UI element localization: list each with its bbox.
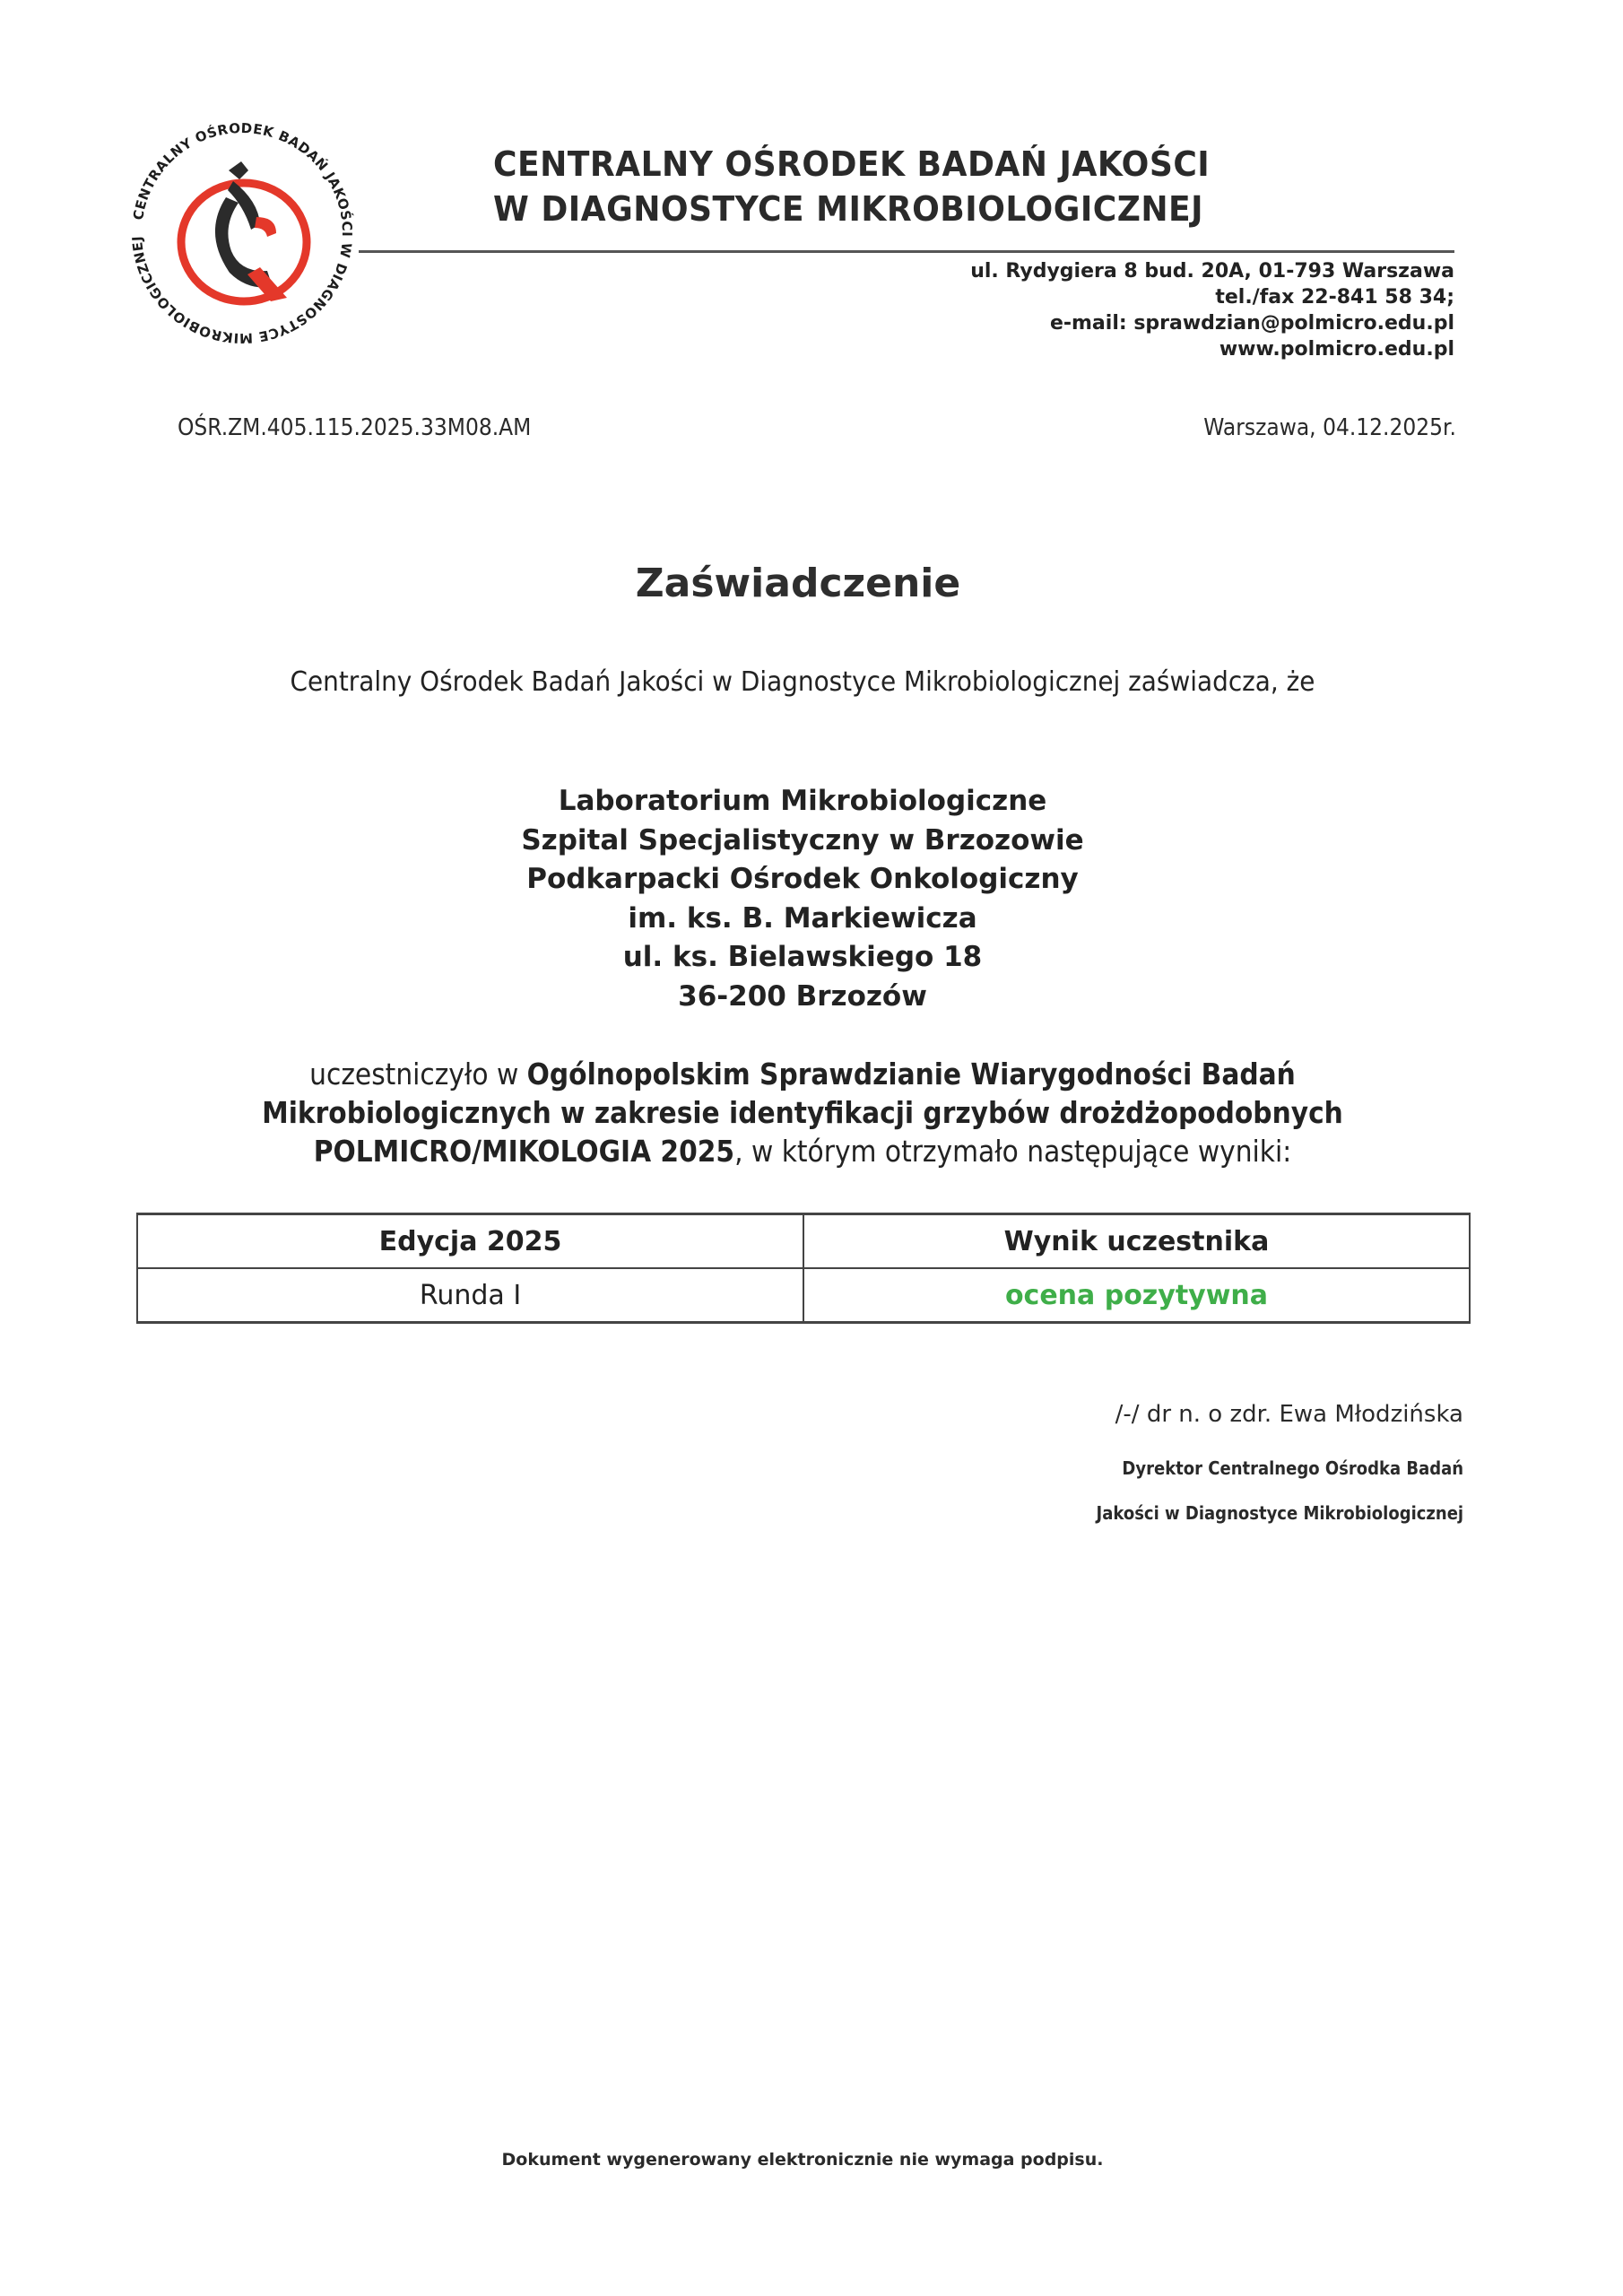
organization-name: CENTRALNY OŚRODEK BADAŃ JAKOŚCI W DIAGNO… xyxy=(493,142,1210,231)
recipient-line: 36-200 Brzozów xyxy=(0,978,1605,1017)
program-name-part3: POLMICRO/MIKOLOGIA 2025 xyxy=(314,1134,734,1169)
place-date: Warszawa, 04.12.2025r. xyxy=(1203,414,1456,441)
table-row: Runda I ocena pozytywna xyxy=(137,1268,1470,1323)
recipient-line: Laboratorium Mikrobiologiczne xyxy=(0,782,1605,822)
intro-text: Centralny Ośrodek Badań Jakości w Diagno… xyxy=(56,666,1549,698)
cell-result: ocena pozytywna xyxy=(803,1268,1470,1323)
footer-note: Dokument wygenerowany elektronicznie nie… xyxy=(0,2150,1605,2170)
svg-text:CENTRALNY OŚRODEK BADAŃ JAKOŚC: CENTRALNY OŚRODEK BADAŃ JAKOŚCI W DIAGNO… xyxy=(129,120,355,346)
contact-block: ul. Rydygiera 8 bud. 20A, 01-793 Warszaw… xyxy=(970,258,1454,362)
reference-number: OŚR.ZM.405.115.2025.33M08.AM xyxy=(178,414,531,441)
recipient-line: Podkarpacki Ośrodek Onkologiczny xyxy=(0,860,1605,900)
signatory-role-line2: Jakości w Diagnostyce Mikrobiologicznej xyxy=(1096,1491,1463,1535)
signatory-role-line1: Dyrektor Centralnego Ośrodka Badań xyxy=(1096,1446,1463,1491)
signatory-role: Dyrektor Centralnego Ośrodka Badań Jakoś… xyxy=(1096,1446,1463,1535)
header-edition: Edycja 2025 xyxy=(137,1214,803,1269)
organization-logo: CENTRALNY OŚRODEK BADAŃ JAKOŚCI W DIAGNO… xyxy=(126,117,359,350)
program-name-part1: Ogólnopolskim Sprawdzianie Wiarygodności… xyxy=(527,1057,1296,1091)
recipient-line: ul. ks. Bielawskiego 18 xyxy=(0,938,1605,978)
table-header-row: Edycja 2025 Wynik uczestnika xyxy=(137,1214,1470,1269)
document-title: Zaświadczenie xyxy=(0,561,1596,606)
cell-round: Runda I xyxy=(137,1268,803,1323)
participation-text: uczestniczyło w Ogólnopolskim Sprawdzian… xyxy=(81,1055,1525,1170)
contact-phone: tel./fax 22-841 58 34; xyxy=(970,284,1454,310)
recipient-line: Szpital Specjalistyczny w Brzozowie xyxy=(0,822,1605,861)
signatory-name: /-/ dr n. o zdr. Ewa Młodzińska xyxy=(1115,1401,1463,1428)
microscope-q-logo-icon: CENTRALNY OŚRODEK BADAŃ JAKOŚCI W DIAGNO… xyxy=(126,117,359,350)
contact-website: www.polmicro.edu.pl xyxy=(970,336,1454,362)
program-name-part2: Mikrobiologicznych w zakresie identyfika… xyxy=(262,1095,1343,1130)
participation-prefix: uczestniczyło w xyxy=(309,1057,526,1091)
header-divider xyxy=(359,250,1454,253)
organization-name-line2: W DIAGNOSTYCE MIKROBIOLOGICZNEJ xyxy=(493,187,1210,231)
header-result: Wynik uczestnika xyxy=(803,1214,1470,1269)
recipient-block: Laboratorium Mikrobiologiczne Szpital Sp… xyxy=(0,782,1605,1016)
recipient-line: im. ks. B. Markiewicza xyxy=(0,900,1605,939)
contact-email: e-mail: sprawdzian@polmicro.edu.pl xyxy=(970,310,1454,336)
results-table: Edycja 2025 Wynik uczestnika Runda I oce… xyxy=(136,1213,1471,1324)
contact-address: ul. Rydygiera 8 bud. 20A, 01-793 Warszaw… xyxy=(970,258,1454,284)
organization-name-line1: CENTRALNY OŚRODEK BADAŃ JAKOŚCI xyxy=(493,142,1210,187)
participation-suffix: , w którym otrzymało następujące wyniki: xyxy=(734,1134,1291,1169)
